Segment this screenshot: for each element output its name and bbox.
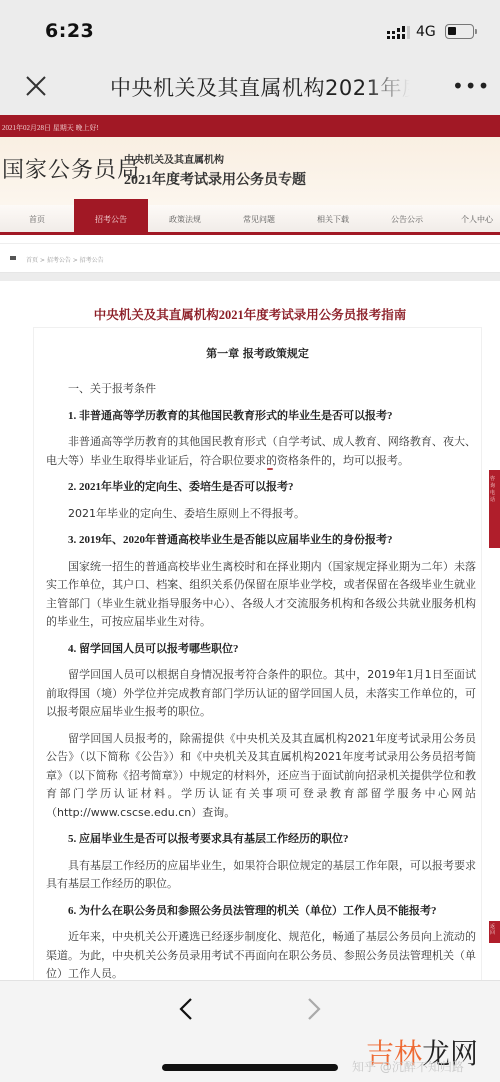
chevron-right-icon[interactable] (304, 995, 324, 1023)
back-to-top-tab[interactable]: 返回 (489, 921, 500, 943)
menu-item-home[interactable]: 首页 (0, 205, 74, 235)
answer-5: 具有基层工作经历的应届毕业生，如果符合职位规定的基层工作年限，可以报考要求具有基… (46, 857, 476, 894)
network-type: 4G (416, 24, 436, 40)
menu-item-downloads[interactable]: 相关下载 (296, 205, 370, 235)
article-title: 中央机关及其直属机构2021年度考试录用公务员报考指南 (0, 305, 500, 323)
close-icon[interactable] (24, 74, 48, 98)
question-4: 4. 留学回国人员可以报考哪些职位? (46, 640, 476, 659)
question-5: 5. 应届毕业生是否可以报考要求具有基层工作经历的职位? (46, 830, 476, 849)
answer-4-paragraph-2: 留学回国人员报考的，除需提供《中央机关及其直属机构2021年度考试录用公务员公告… (46, 730, 476, 823)
site-banner: 国家公务员局 中央机关及其直属机构 2021年度考试录用公务员专题 (0, 137, 500, 205)
menu-item-personal[interactable]: 个人中心 (440, 205, 500, 235)
status-bar: 6:23 4G (0, 0, 500, 58)
breadcrumb: 首页 > 招考公告 > 招考公告 (0, 243, 500, 273)
question-2: 2. 2021年毕业的定向生、委培生是否可以报考? (46, 478, 476, 497)
answer-1-text: 非普通高等学历教育的其他国民教育形式 (68, 435, 267, 448)
main-menu: 首页 招考公告 政策法规 常见问题 相关下载 公告公示 个人中心 (0, 205, 500, 235)
home-indicator[interactable] (162, 1064, 338, 1071)
menu-item-recruitment[interactable]: 招考公告 (74, 199, 148, 235)
divider (0, 273, 500, 281)
chapter-heading: 第一章 报考政策规定 (34, 345, 481, 361)
date-greeting: 2021年02月28日 星期天 晚上好! (0, 115, 500, 137)
home-icon (10, 256, 16, 260)
answer-2: 2021年毕业的定向生、委培生原则上不得报考。 (46, 505, 476, 524)
banner-subtitle-1: 中央机关及其直属机构 (124, 151, 224, 166)
battery-icon (445, 24, 474, 39)
chevron-left-icon[interactable] (176, 995, 196, 1023)
answer-6: 近年来，中央机关公开遴选已经逐步制度化、规范化，畅通了基层公务员向上流动的渠道。… (46, 928, 476, 980)
menu-item-policy[interactable]: 政策法规 (148, 205, 222, 235)
question-6: 6. 为什么在职公务员和参照公务员法管理的机关（单位）工作人员不能报考? (46, 902, 476, 921)
section-heading: 一、关于报考条件 (46, 380, 476, 399)
browser-header: 中央机关及其直属机构2021年度考试录用公务员报考指南 ••• (0, 58, 500, 115)
article-body: 第一章 报考政策规定 一、关于报考条件 1. 非普通高等学历教育的其他国民教育形… (33, 327, 482, 980)
browser-title: 中央机关及其直属机构2021年度考试录用公务员报考指南 (110, 72, 410, 102)
watermark-credit: 知乎 @沉醉不知归路 (352, 1058, 464, 1075)
banner-subtitle-2: 2021年度考试录用公务员专题 (124, 169, 306, 189)
breadcrumb-text[interactable]: 首页 > 招考公告 > 招考公告 (26, 255, 104, 264)
consult-phone-tab[interactable]: 咨询电话 (489, 470, 500, 548)
web-page: 2021年02月28日 星期天 晚上好! 国家公务员局 中央机关及其直属机构 2… (0, 115, 500, 980)
answer-4-paragraph-1: 留学回国人员可以根据自身情况报考符合条件的职位。其中，2019年1月1日至面试前… (46, 666, 476, 722)
site-logo[interactable]: 国家公务员局 (2, 153, 140, 184)
article-content: 一、关于报考条件 1. 非普通高等学历教育的其他国民教育形式的毕业生是否可以报考… (46, 380, 476, 980)
answer-1: 非普通高等学历教育的其他国民教育形式（自学考试、成人教育、网络教育、夜大、电大等… (46, 433, 476, 470)
question-1: 1. 非普通高等学历教育的其他国民教育形式的毕业生是否可以报考? (46, 407, 476, 426)
answer-3: 国家统一招生的普通高校毕业生离校时和在择业期内（国家规定择业期为二年）未落实工作… (46, 558, 476, 632)
answer-1-text-cont: 等）毕业生取得毕业证后，符合职位要求的资格条件的，均可以报考。 (68, 454, 409, 467)
status-time: 6:23 (45, 20, 94, 42)
menu-item-notices[interactable]: 公告公示 (370, 205, 444, 235)
menu-item-faq[interactable]: 常见问题 (222, 205, 296, 235)
signal-icon (387, 26, 411, 40)
question-3: 3. 2019年、2020年普通高校毕业生是否能以应届毕业生的身份报考? (46, 531, 476, 550)
